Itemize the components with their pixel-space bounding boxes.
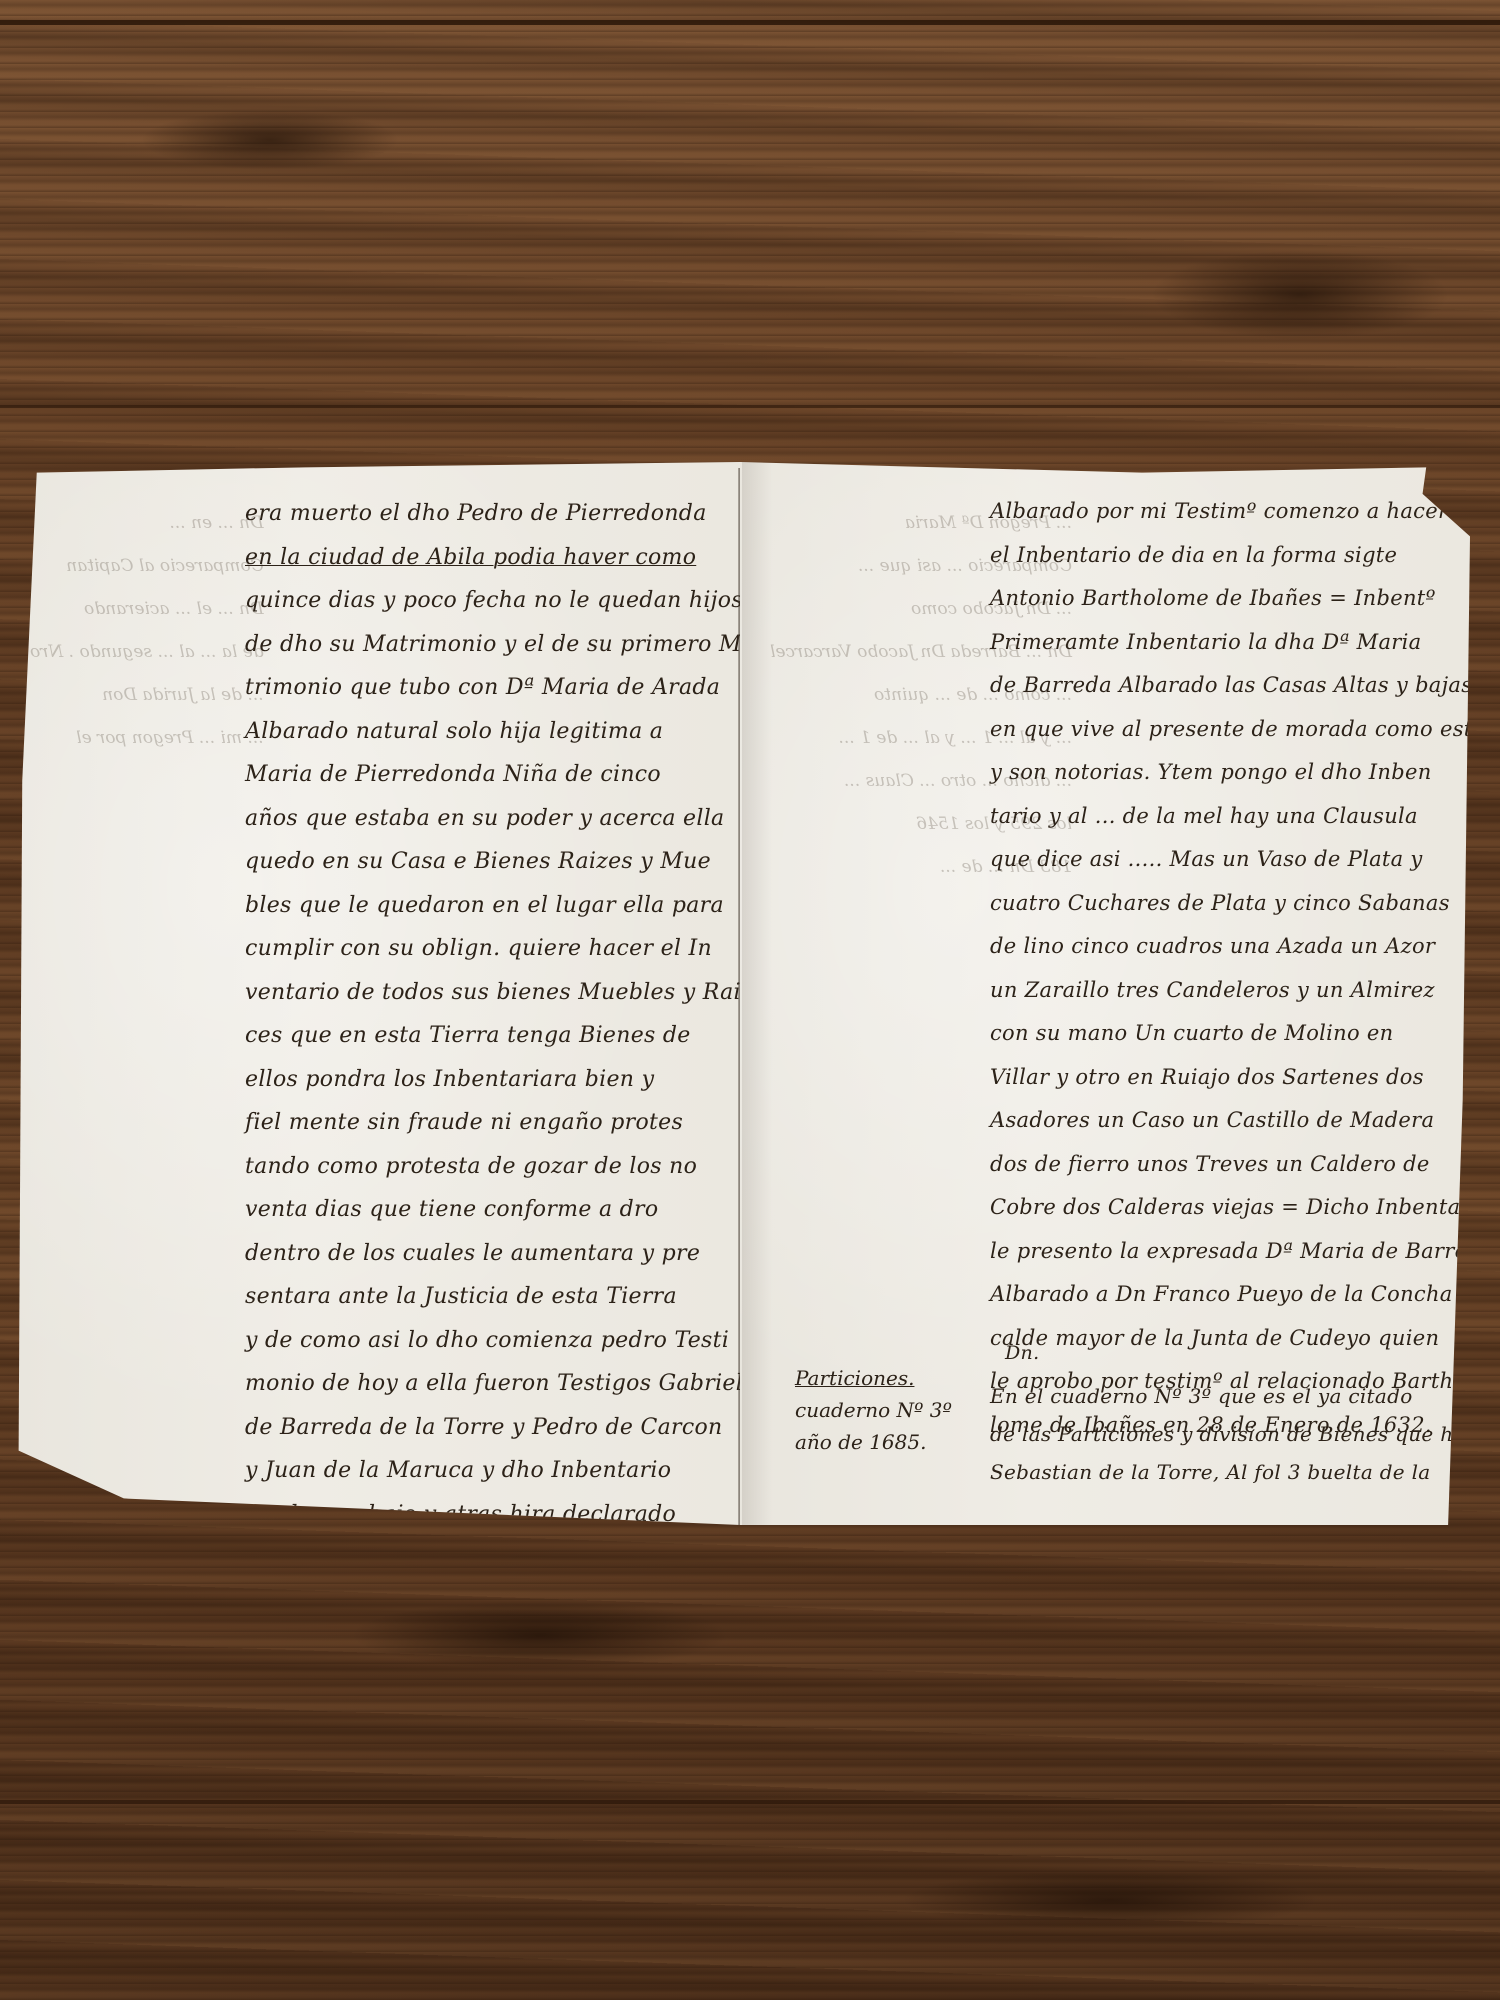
bleed-line: Dn ... el ... acierando [30,588,264,631]
manuscript-line: fiel mente sin fraude ni engaño protes [245,1101,755,1145]
manuscript-line: era muerto el dho Pedro de Pierredonda [245,492,755,536]
manuscript-line: de Barreda de la Torre y Pedro de Carcon [245,1406,755,1450]
manuscript-line: en la ciudad de Abila podia haver como [245,536,755,580]
manuscript-line: tando como protesta de gozar de los no [245,1145,755,1189]
manuscript-line: trimonio que tubo con Dª Maria de Arada [245,666,755,710]
manuscript-line: cumplir con su oblign. quiere hacer el I… [245,927,755,971]
manuscript-line: ces que en esta Tierra tenga Bienes de [245,1014,755,1058]
wood-seam [0,1800,1500,1804]
right-page-text: Albarado por mi Testimº comenzo a hacer … [990,490,1499,1447]
bleed-line: Comparecio al Capitan [30,545,264,588]
wood-knot [900,1870,1320,1930]
bleed-line: ... de la Jurida Don [30,674,264,717]
left-margin-bleedthrough: Dn ... en ... Comparecio al Capitan Dn .… [30,502,264,760]
manuscript-line: de dho su Matrimonio y el de su primero … [245,623,755,667]
section-marker: Dn. [1005,1342,1039,1364]
manuscript-line: Albarado a Dn Franco Pueyo de la Concha … [990,1273,1499,1317]
manuscript-line: quince dias y poco fecha no le quedan hi… [245,579,755,623]
manuscript-line: un Zaraillo tres Candeleros y un Almirez [990,969,1499,1013]
manuscript-line: dentro de los cuales le aumentara y pre [245,1232,755,1276]
bleed-line: Dn ... en ... [30,502,264,545]
manuscript-line: Albarado natural solo hija legitima a [245,710,755,754]
manuscript-line: Cobre dos Calderas viejas = Dicho Inbent… [990,1186,1499,1230]
manuscript-line: en que vive al presente de morada como e… [990,708,1499,752]
manuscript-line: que dice asi ..... Mas un Vaso de Plata … [990,838,1499,882]
particiones-margin-note: Particiones. cuaderno Nº 3º año de 1685. [795,1362,952,1458]
manuscript-line: Asadores un Caso un Castillo de Madera [990,1099,1499,1143]
manuscript-line: monio de hoy a ella fueron Testigos Gabr… [245,1362,755,1406]
margin-note-line: cuaderno Nº 3º [795,1394,952,1426]
manuscript-line: calde mayor de la Junta de Cudeyo quien [990,1317,1499,1361]
open-manuscript: Dn ... en ... Comparecio al Capitan Dn .… [15,462,1470,1525]
manuscript-line: Primeramte Inbentario la dha Dª Maria [990,621,1499,665]
manuscript-line: y Juan de la Maruca y dho Inbentario [245,1449,755,1493]
manuscript-line: tario y al ... de la mel hay una Clausul… [990,795,1499,839]
wood-seam [0,405,1500,408]
margin-note-line: año de 1685. [795,1426,952,1458]
second-entry-text: En el cuaderno Nº 3º que es el ya citado… [990,1377,1483,1491]
manuscript-line: le presento la expresada Dª Maria de Bar… [990,1230,1499,1274]
manuscript-line: Villar y otro en Ruiajo dos Sartenes dos [990,1056,1499,1100]
manuscript-line: de Barreda Albarado las Casas Altas y ba… [990,664,1499,708]
wood-knot [350,1600,730,1670]
manuscript-line: cuatro Cuchares de Plata y cinco Sabanas [990,882,1499,926]
bleed-line: de la ... al ... segundo . Nro [30,631,264,674]
manuscript-line: ventario de todos sus bienes Muebles y R… [245,971,755,1015]
manuscript-line: quedo en su Casa e Bienes Raizes y Mue [245,840,755,884]
manuscript-line: años que estaba en su poder y acerca ell… [245,797,755,841]
left-page: Dn ... en ... Comparecio al Capitan Dn .… [15,462,740,1525]
manuscript-line: de las Particiones y division de Bienes … [990,1415,1483,1453]
manuscript-line: con su mano Un cuarto de Molino en [990,1012,1499,1056]
margin-note-heading: Particiones. [795,1362,952,1394]
manuscript-line: Maria de Pierredonda Niña de cinco [245,753,755,797]
manuscript-line: de lino cinco cuadros una Azada un Azor [990,925,1499,969]
manuscript-line: Albarado por mi Testimº comenzo a hacer [990,490,1499,534]
manuscript-line: En el cuaderno Nº 3º que es el ya citado [990,1377,1483,1415]
bleed-line: ... mi ... Pregon por el [30,717,264,760]
manuscript-line: y son notorias. Ytem pongo el dho Inben [990,751,1499,795]
manuscript-line: bles que le quedaron en el lugar ella pa… [245,884,755,928]
manuscript-line: venta dias que tiene conforme a dro [245,1188,755,1232]
wood-knot [1150,250,1450,340]
manuscript-line: y de como asi lo dho comienza pedro Test… [245,1319,755,1363]
manuscript-line: ellos pondra los Inbentariara bien y [245,1058,755,1102]
manuscript-line: dos de fierro unos Treves un Caldero de [990,1143,1499,1187]
wood-seam [0,20,1500,25]
wood-knot [140,110,400,170]
manuscript-line: Sebastian de la Torre, Al fol 3 buelta d… [990,1453,1483,1491]
manuscript-line: Antonio Bartholome de Ibañes = Inbentº [990,577,1499,621]
right-page: ... Pregon Dª Maria Comparecio ... asi q… [740,462,1470,1525]
manuscript-line: el Inbentario de dia en la forma sigte [990,534,1499,578]
manuscript-line: sentara ante la Justicia de esta Tierra [245,1275,755,1319]
